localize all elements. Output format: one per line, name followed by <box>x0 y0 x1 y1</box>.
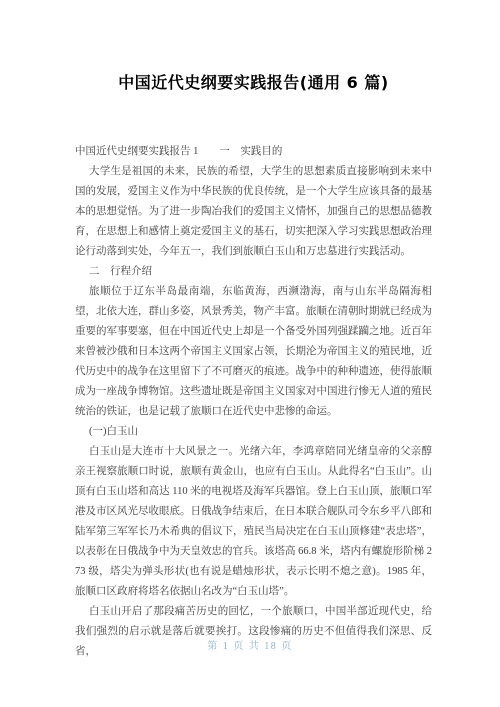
document-title: 中国近代史纲要实践报告(通用 6 篇) <box>75 74 432 92</box>
section-heading-practice-purpose: 中国近代史纲要实践报告 1 一 实践目的 <box>75 142 432 162</box>
paragraph-practice-purpose: 大学生是祖国的未来，民族的希望，大学生的思想素质直接影响到未来中国的发展，爱国主… <box>75 162 432 262</box>
page-number-footer: 第 1 页 共 18 页 <box>0 640 500 654</box>
document-page: 中国近代史纲要实践报告(通用 6 篇) 中国近代史纲要实践报告 1 一 实践目的… <box>0 0 500 707</box>
section-heading-itinerary: 二 行程介绍 <box>75 262 432 282</box>
paragraph-lvshun-intro: 旅顺位于辽东半岛最南端，东临黄海，西濒渤海，南与山东半岛隔海相望，北依大连，群山… <box>75 282 432 422</box>
document-body: 中国近代史纲要实践报告 1 一 实践目的 大学生是祖国的未来，民族的希望，大学生… <box>75 142 432 662</box>
sub-heading-baiyushan: (一)白玉山 <box>75 422 432 442</box>
paragraph-baiyushan-history: 白玉山是大连市十大风景之一。光绪六年，李鸿章陪同光绪皇帝的父亲醇亲王视察旅顺口时… <box>75 442 432 602</box>
